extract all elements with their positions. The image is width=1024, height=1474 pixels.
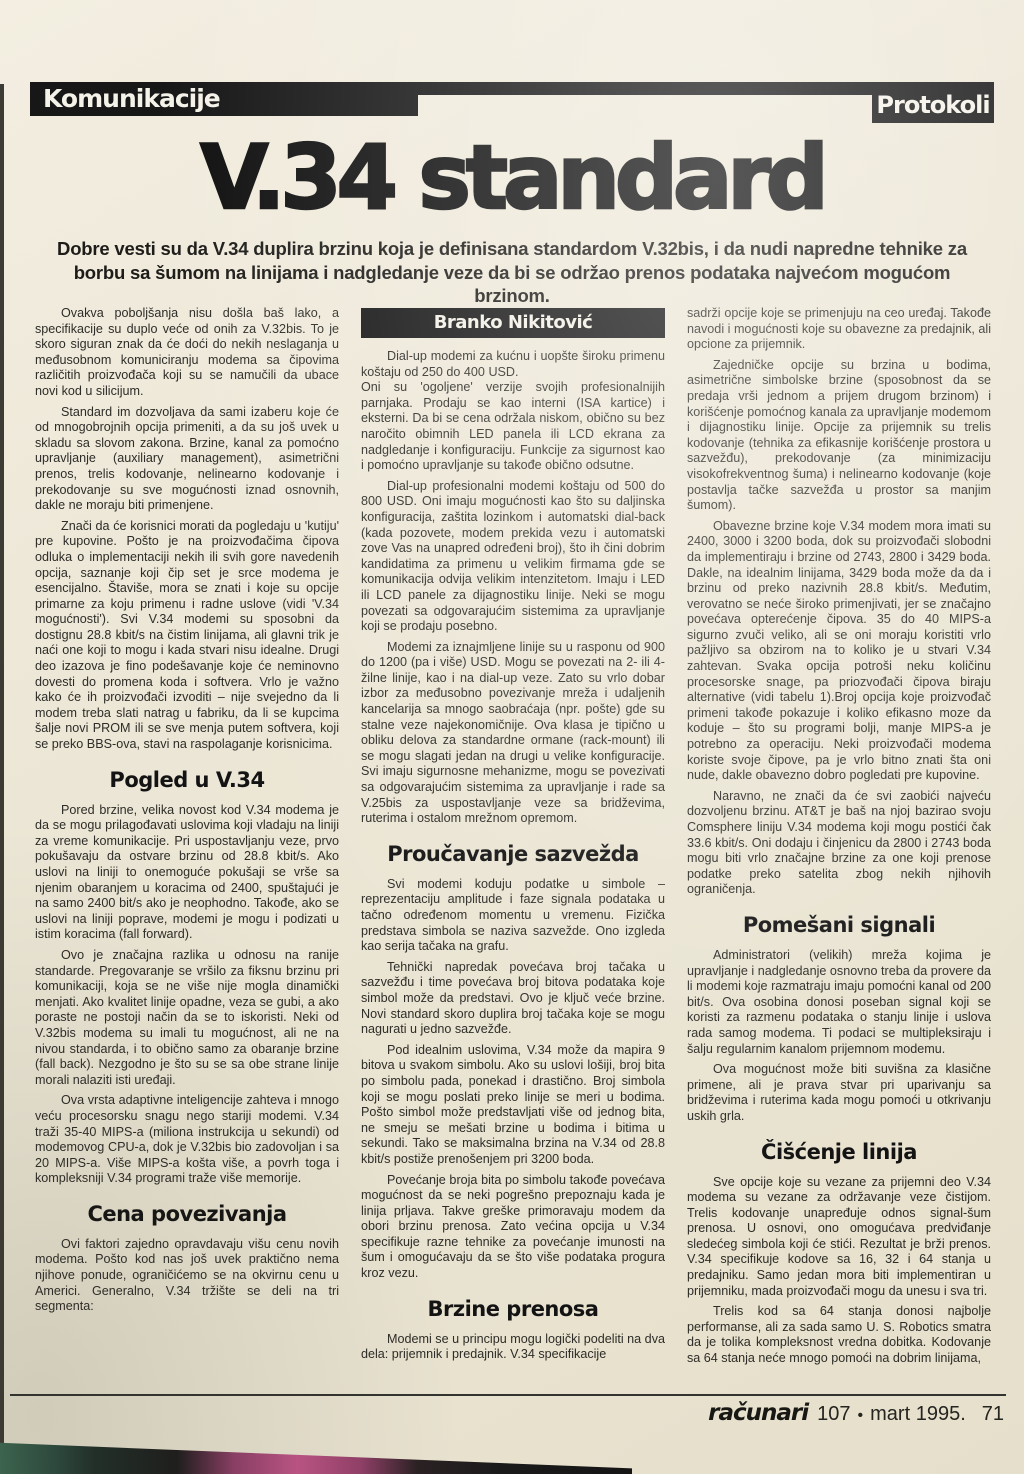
scan-left-edge	[0, 84, 4, 1474]
section-label-right: Protokoli	[872, 89, 994, 123]
section-heading: Proučavanje sazvežda	[361, 842, 665, 866]
body-paragraph: Tehnički napredak povećava broj tačaka u…	[361, 960, 665, 1038]
article-columns: Ovakva poboljšanja nisu došla baš lako, …	[35, 306, 991, 1394]
issue-date: mart 1995.	[870, 1403, 966, 1425]
body-paragraph: Povećanje broja bita po simbolu takođe p…	[361, 1173, 665, 1282]
body-paragraph: Modemi za iznajmljene linije su u raspon…	[361, 640, 665, 827]
issue-number: 107	[817, 1403, 850, 1425]
article-title: V.34 standard	[0, 126, 1024, 229]
body-paragraph: Ovi faktori zajedno opravdavaju višu cen…	[35, 1237, 339, 1315]
body-paragraph: Pored brzine, velika novost kod V.34 mod…	[35, 803, 339, 943]
section-heading: Čišćenje linija	[687, 1140, 991, 1164]
body-paragraph: Zajedničke opcije su brzina u bodima, as…	[687, 358, 991, 514]
section-heading: Pomešani signali	[687, 913, 991, 937]
footer-rule	[10, 1394, 1006, 1396]
text-column-3: sadrži opcije koje se primenjuju na ceo …	[687, 306, 991, 1394]
author-byline-bar: Branko Nikitović	[361, 308, 665, 338]
page-footer: računari107•mart 1995.71	[708, 1400, 1004, 1426]
text-column-1: Ovakva poboljšanja nisu došla baš lako, …	[35, 306, 339, 1394]
body-paragraph: Ovo je značajna razlika u odnosu na rani…	[35, 948, 339, 1088]
magazine-page: Komunikacije Protokoli V.34 standard Dob…	[0, 0, 1024, 1474]
body-paragraph: Administratori (velikih) mreža kojima je…	[687, 948, 991, 1057]
body-paragraph: Sve opcije koje su vezane za prijemni de…	[687, 1175, 991, 1300]
body-paragraph: Naravno, ne znači da će svi zaobići najv…	[687, 789, 991, 898]
body-paragraph: Ovakva poboljšanja nisu došla baš lako, …	[35, 306, 339, 400]
body-paragraph: sadrži opcije koje se primenjuju na ceo …	[687, 306, 991, 353]
body-paragraph: Svi modemi koduju podatke u simbole – re…	[361, 877, 665, 955]
body-paragraph: Oni su 'ogoljene' verzije svojih profesi…	[361, 380, 665, 474]
body-paragraph: Modemi se u principu mogu logički podeli…	[361, 1332, 665, 1363]
magazine-name: računari	[708, 1400, 808, 1426]
scan-bottom-edge	[0, 1434, 632, 1474]
body-paragraph: Standard im dozvoljava da sami izaberu k…	[35, 405, 339, 514]
body-paragraph: Trelis kod sa 64 stanja donosi najbolje …	[687, 1304, 991, 1366]
body-paragraph: Obavezne brzine koje V.34 modem mora ima…	[687, 519, 991, 784]
article-standfirst: Dobre vesti su da V.34 duplira brzinu ko…	[40, 237, 984, 308]
body-paragraph: Ova vrsta adaptivne inteligencije zahtev…	[35, 1093, 339, 1187]
body-paragraph: Dial-up profesionalni modemi koštaju od …	[361, 479, 665, 635]
page-number: 71	[982, 1403, 1004, 1425]
section-header-bar: Komunikacije Protokoli	[30, 82, 994, 124]
section-label-left: Komunikacije	[30, 82, 418, 116]
section-heading: Brzine prenosa	[361, 1297, 665, 1321]
footer-bullet: •	[858, 1407, 864, 1424]
body-paragraph: Pod idealnim uslovima, V.34 može da mapi…	[361, 1043, 665, 1168]
body-paragraph: Znači da će korisnici morati da pogledaj…	[35, 519, 339, 753]
text-column-2: Branko NikitovićDial-up modemi za kućnu …	[361, 306, 665, 1394]
body-paragraph: Ova mogućnost može biti suvišna za klasi…	[687, 1062, 991, 1124]
section-heading: Pogled u V.34	[35, 768, 339, 792]
section-heading: Cena povezivanja	[35, 1202, 339, 1226]
body-paragraph: Dial-up modemi za kućnu i uopšte široku …	[361, 349, 665, 380]
